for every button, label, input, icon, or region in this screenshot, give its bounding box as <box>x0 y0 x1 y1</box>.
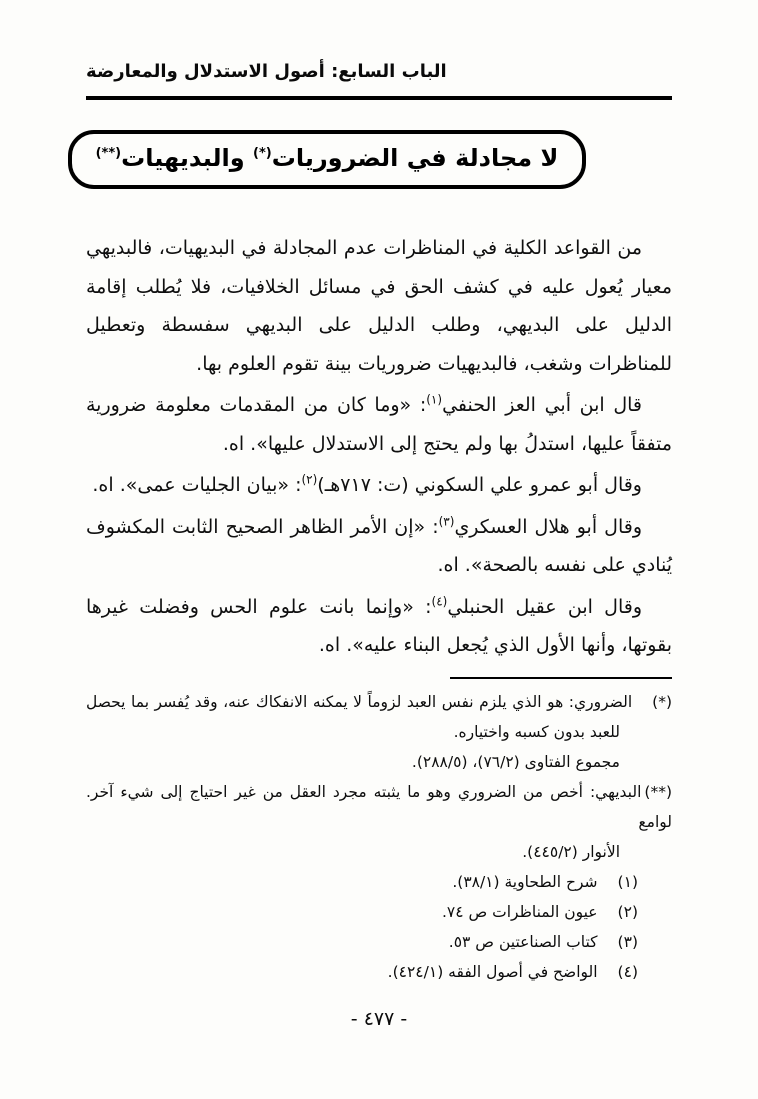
footnote-ref: (٣) <box>439 514 455 528</box>
footnote-text: للعبد بدون كسبه واختياره. <box>454 723 620 741</box>
framed-section-title: لا مجادلة في الضروريات(*) والبديهيات(**) <box>68 130 587 189</box>
header-rule <box>86 96 672 100</box>
footnote-text: الضروري: هو الذي يلزم نفس العبد لزوماً ل… <box>86 693 632 711</box>
footnote-marker: (٤) <box>618 963 638 981</box>
body-text-section: من القواعد الكلية في المناظرات عدم المجا… <box>86 229 672 665</box>
page-number: - ٤٧٧ - <box>0 1008 758 1030</box>
footnote-marker: (**) <box>644 783 672 801</box>
footnote-ref: (٢) <box>301 473 317 487</box>
footnote-text: مجموع الفتاوى (٧٦/٢)، (٢٨٨/٥). <box>412 753 620 771</box>
footnotes-section: (*)الضروري: هو الذي يلزم نفس العبد لزوما… <box>86 687 672 987</box>
footnote-line: (**)البديهي: أخص من الضروري وهو ما يثبته… <box>86 777 672 837</box>
footnote-ref: (١) <box>426 393 442 407</box>
footnote-line: (*)الضروري: هو الذي يلزم نفس العبد لزوما… <box>86 687 672 717</box>
body-paragraph: وقال ابن عقيل الحنبلي(٤): «وإنما بانت عل… <box>86 588 672 665</box>
footnote-ref: (٤) <box>432 594 448 608</box>
footnote-text: الأنوار (٤٤٥/٢). <box>522 843 620 861</box>
book-page: الباب السابع: أصول الاستدلال والمعارضة ل… <box>0 0 758 1099</box>
footnote-line: الأنوار (٤٤٥/٢). <box>86 837 672 867</box>
footnote-line: (٤)الواضح في أصول الفقه (٤٢٤/١). <box>86 957 672 987</box>
footnote-text: عيون المناظرات ص ٧٤. <box>442 903 598 921</box>
footnote-marker: (١) <box>618 873 638 891</box>
footnote-line: مجموع الفتاوى (٧٦/٢)، (٢٨٨/٥). <box>86 747 672 777</box>
footnote-separator <box>450 677 672 680</box>
footnote-text: شرح الطحاوية (٣٨/١). <box>452 873 597 891</box>
body-paragraph: من القواعد الكلية في المناظرات عدم المجا… <box>86 229 672 383</box>
footnote-line: للعبد بدون كسبه واختياره. <box>86 717 672 747</box>
body-paragraph: وقال أبو عمرو علي السكوني (ت: ٧١٧هـ)(٢):… <box>86 466 672 505</box>
footnote-ref: (*) <box>253 146 272 161</box>
footnote-line: (٢)عيون المناظرات ص ٧٤. <box>86 897 672 927</box>
title-wrapper: لا مجادلة في الضروريات(*) والبديهيات(**) <box>86 130 672 189</box>
footnote-marker: (٣) <box>618 933 638 951</box>
running-head-chapter-title: الباب السابع: أصول الاستدلال والمعارضة <box>86 0 672 85</box>
page-content: الباب السابع: أصول الاستدلال والمعارضة ل… <box>0 0 758 987</box>
footnote-marker: (٢) <box>618 903 638 921</box>
body-paragraph: وقال أبو هلال العسكري(٣): «إن الأمر الظا… <box>86 508 672 585</box>
footnote-text: الواضح في أصول الفقه (٤٢٤/١). <box>388 963 598 981</box>
footnote-text: كتاب الصناعتين ص ٥٣. <box>449 933 598 951</box>
body-paragraph: قال ابن أبي العز الحنفي(١): «وما كان من … <box>86 386 672 463</box>
footnote-text: البديهي: أخص من الضروري وهو ما يثبته مجر… <box>86 783 672 831</box>
footnote-marker: (*) <box>652 693 672 711</box>
footnote-line: (١)شرح الطحاوية (٣٨/١). <box>86 867 672 897</box>
footnote-line: (٣)كتاب الصناعتين ص ٥٣. <box>86 927 672 957</box>
footnote-ref: (**) <box>96 146 121 161</box>
